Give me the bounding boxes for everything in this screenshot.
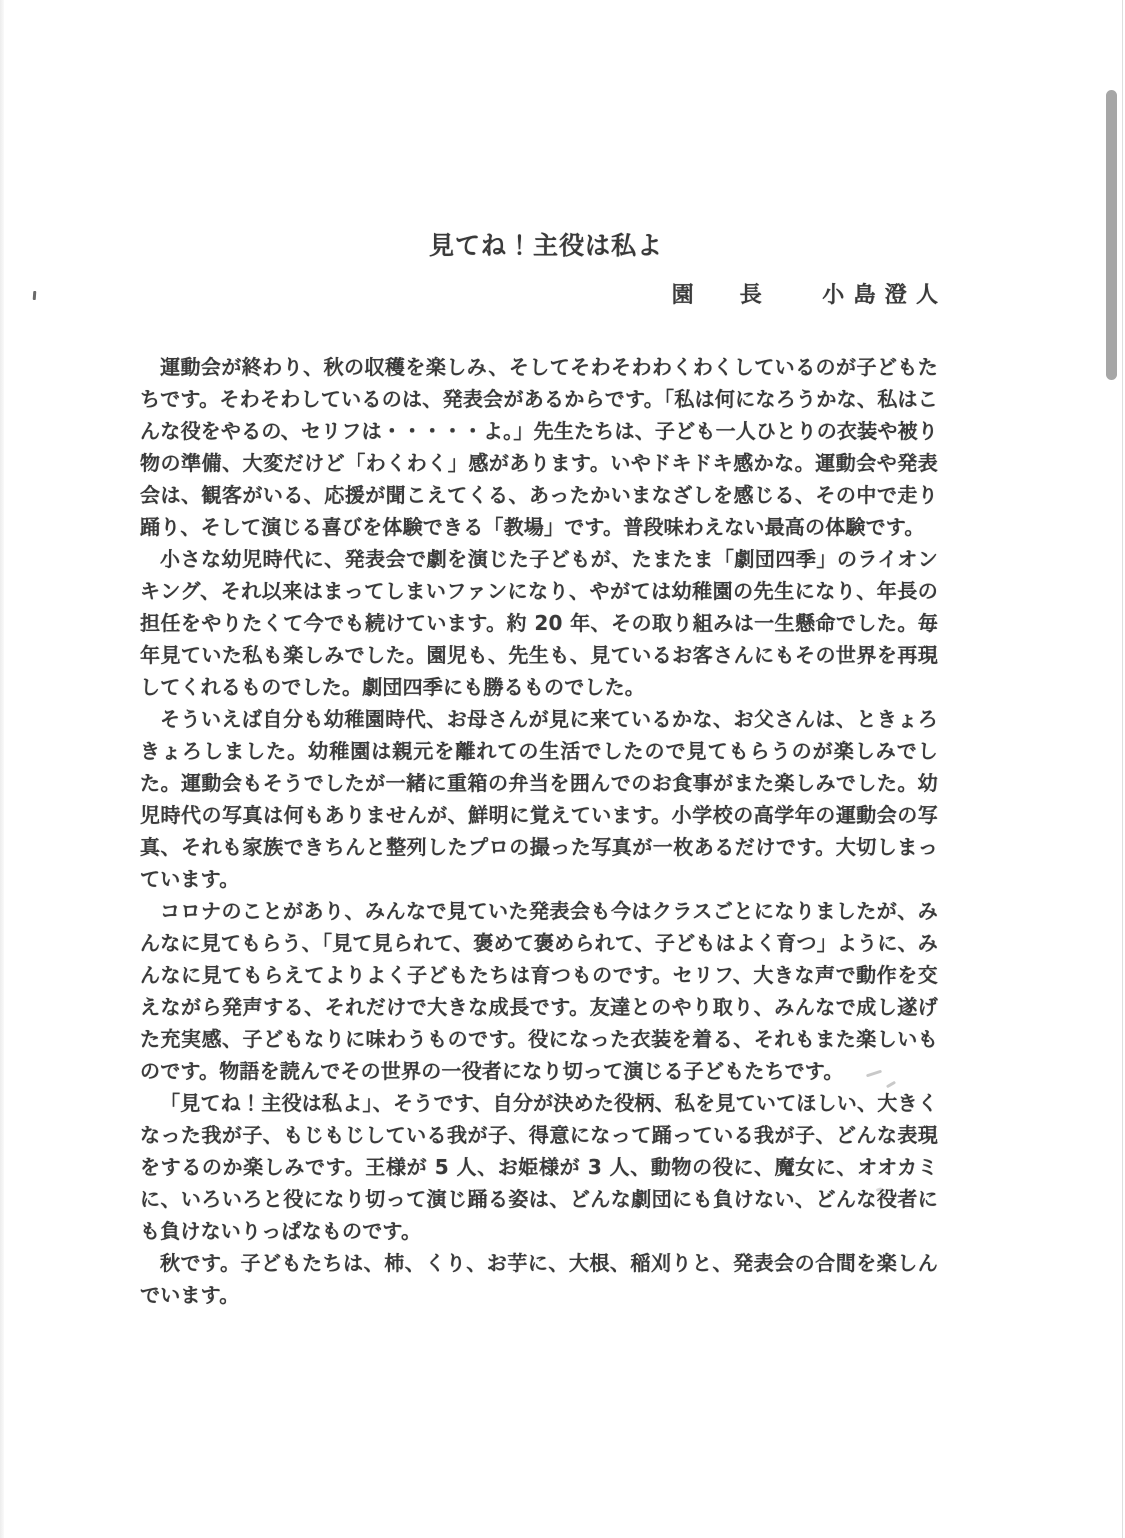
panel-edge-divider [1122,0,1123,1538]
letter-body: 運動会が終わり、秋の収穫を楽しみ、そしてそわそわわくわくしているのが子どもたちで… [140,351,938,1311]
scanned-letter: 見てね！主役は私よ 園 長小島澄人 運動会が終わり、秋の収穫を楽しみ、そしてそわ… [140,0,938,1311]
paragraph-4: コロナのことがあり、みんなで見ていた発表会も今はクラスごとになりましたが、みんな… [140,895,938,1087]
page-title: 見てね！主役は私よ [154,231,938,261]
document-viewer: 見てね！主役は私よ 園 長小島澄人 運動会が終わり、秋の収穫を楽しみ、そしてそわ… [0,0,1125,1538]
paragraph-5: 「見てね！主役は私よ」、そうです、自分が決めた役柄、私を見ていてほしい、大きくな… [140,1087,938,1247]
page-edge-shading [0,0,4,1538]
author-line: 園 長小島澄人 [140,283,938,309]
scrollbar-thumb[interactable] [1106,90,1117,380]
author-name: 小島澄人 [822,283,947,308]
paragraph-1: 運動会が終わり、秋の収穫を楽しみ、そしてそわそわわくわくしているのが子どもたちで… [140,351,938,543]
author-role: 園 長 [672,283,774,308]
scan-artifact-speck [33,291,37,300]
paragraph-2: 小さな幼児時代に、発表会で劇を演じた子どもが、たまたま「劇団四季」のライオンキン… [140,543,938,703]
paragraph-3: そういえば自分も幼稚園時代、お母さんが見に来ているかな、お父さんは、ときょろきょ… [140,703,938,895]
paragraph-6: 秋です。子どもたちは、柿、くり、お芋に、大根、稲刈りと、発表会の合間を楽しんでい… [140,1247,938,1311]
